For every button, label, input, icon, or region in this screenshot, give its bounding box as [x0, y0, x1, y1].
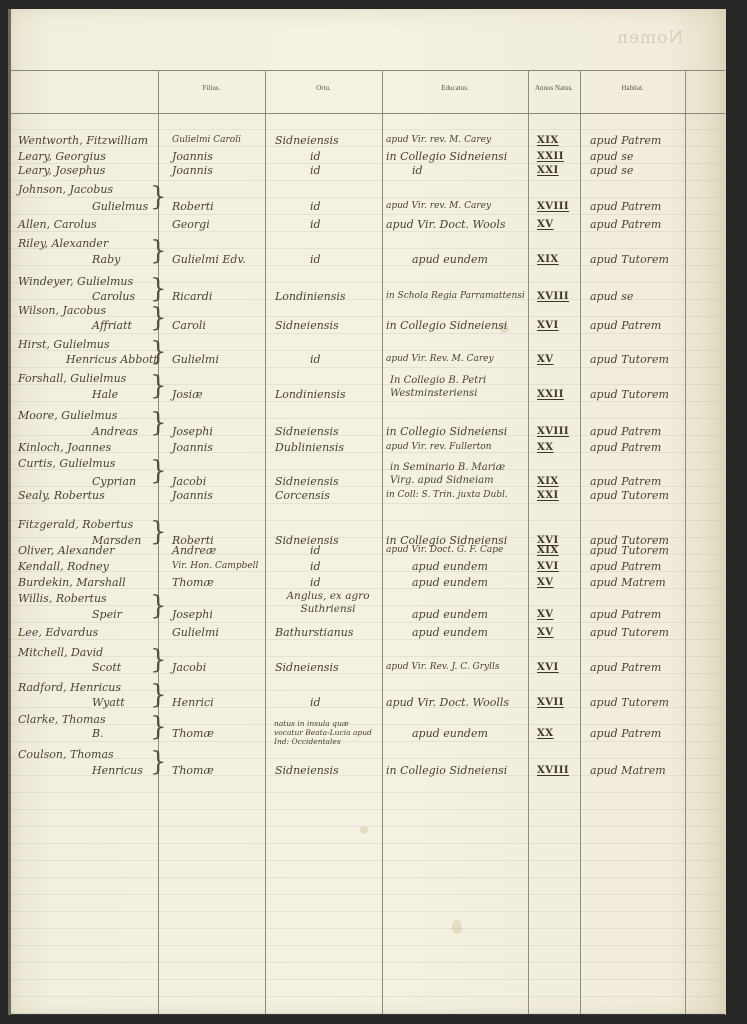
filius-cell: Joannis	[172, 489, 213, 502]
header-educatus: Educatus.	[382, 84, 528, 92]
student-additional-name: Henricus Abbott	[66, 353, 158, 366]
annos-natus-cell: XV	[537, 576, 554, 589]
name-brace: }	[150, 183, 167, 211]
filius-cell: Thomæ	[172, 727, 214, 740]
habitat-cell: apud Tutorem	[590, 626, 669, 639]
column-divider-annos-habitat	[580, 70, 581, 1014]
student-surname-forename: Kinloch, Joannes	[18, 441, 111, 454]
student-additional-name: Andreas	[92, 425, 138, 438]
habitat-cell: apud Patrem	[590, 425, 661, 438]
ortu-cell: Londiniensis	[275, 388, 346, 401]
student-surname-forename: Burdekin, Marshall	[18, 576, 126, 589]
student-additional-name: Raby	[92, 253, 120, 266]
habitat-cell: apud Matrem	[590, 576, 666, 589]
name-brace: }	[150, 275, 167, 303]
ortu-cell: Sidneiensis	[275, 425, 339, 438]
ortu-cell: id	[310, 150, 321, 163]
filius-cell: Jacobi	[172, 661, 206, 674]
filius-cell: Gulielmi	[172, 353, 219, 366]
filius-cell: Henrici	[172, 696, 214, 709]
annos-natus-cell: XXII	[537, 150, 564, 163]
filius-cell: Ricardi	[172, 290, 212, 303]
educatus-cell: in Collegio Sidneiensi	[386, 150, 507, 163]
name-brace: }	[150, 338, 167, 366]
student-additional-name: Affriatt	[92, 319, 132, 332]
annos-natus-cell: XVIII	[537, 200, 569, 213]
filius-cell: Gulielmi Edv.	[172, 253, 246, 266]
ortu-cell: id	[310, 200, 321, 213]
educatus-cell: apud Vir. Doct. Woolls	[386, 696, 509, 709]
educatus-cell: apud eundem	[412, 626, 488, 639]
educatus-cell: apud eundem	[412, 608, 488, 621]
educatus-cell: apud eundem	[412, 560, 488, 573]
student-surname-forename: Coulson, Thomas	[18, 748, 114, 761]
filius-cell: Josiæ	[172, 388, 203, 401]
annos-natus-cell: XXI	[537, 489, 559, 502]
ortu-cell: Londiniensis	[275, 290, 346, 303]
ortu-cell: id	[310, 544, 321, 557]
annos-natus-cell: XVI	[537, 560, 559, 573]
column-divider-educatus-annos	[528, 70, 529, 1014]
filius-cell: Josephi	[172, 425, 213, 438]
annos-natus-cell: XV	[537, 218, 554, 231]
student-surname-forename: Leary, Georgius	[18, 150, 106, 163]
name-brace: }	[150, 372, 167, 400]
filius-cell: Joannis	[172, 150, 213, 163]
educatus-cell: in Collegio Sidneiensi	[386, 425, 507, 438]
student-additional-name: Henricus	[92, 764, 143, 777]
filius-cell: Gulielmi	[172, 626, 219, 639]
annos-natus-cell: XV	[537, 353, 554, 366]
filius-cell: Joannis	[172, 441, 213, 454]
student-surname-forename: Kendall, Rodney	[18, 560, 109, 573]
ortu-cell: Sidneiensis	[275, 661, 339, 674]
ortu-cell: id	[310, 696, 321, 709]
name-brace: }	[150, 592, 167, 620]
habitat-cell: apud Patrem	[590, 661, 661, 674]
educatus-cell: apud Vir. Doct. Wools	[386, 218, 506, 231]
ortu-cell: id	[310, 218, 321, 231]
habitat-cell: apud se	[590, 164, 633, 177]
student-additional-name: Carolus	[92, 290, 135, 303]
student-surname-forename: Forshall, Gulielmus	[18, 372, 126, 385]
student-additional-name: Gulielmus	[92, 200, 148, 213]
student-additional-name: Hale	[92, 388, 118, 401]
educatus-cell: apud Vir. rev. M. Carey	[386, 200, 491, 213]
student-surname-forename: Sealy, Robertus	[18, 489, 105, 502]
habitat-cell: apud Patrem	[590, 134, 661, 147]
paper-stain	[452, 920, 462, 934]
header-ortu: Ortu.	[265, 84, 382, 92]
header-filius: Filius.	[158, 84, 265, 92]
annos-natus-cell: XIX	[537, 475, 559, 488]
student-additional-name: Cyprian	[92, 475, 136, 488]
column-divider-ortu-educatus	[382, 70, 383, 1014]
name-brace: }	[150, 713, 167, 741]
habitat-cell: apud Patrem	[590, 441, 661, 454]
annos-natus-cell: XVI	[537, 661, 559, 674]
habitat-cell: apud Tutorem	[590, 489, 669, 502]
header-annos-natus: Annos Natus.	[528, 84, 580, 92]
ortu-cell: Sidneiensis	[275, 475, 339, 488]
habitat-cell: apud Patrem	[590, 560, 661, 573]
habitat-cell: apud Patrem	[590, 319, 661, 332]
student-surname-forename: Hirst, Gulielmus	[18, 338, 110, 351]
paper-stain	[360, 826, 368, 834]
header-habitat: Habitat.	[580, 84, 685, 92]
filius-cell: Vir. Hon. Campbell	[172, 560, 258, 573]
name-brace: }	[150, 681, 167, 709]
annos-natus-cell: XVIII	[537, 290, 569, 303]
student-surname-forename: Wilson, Jacobus	[18, 304, 106, 317]
filius-cell: Joannis	[172, 164, 213, 177]
column-divider-habitat-margin	[685, 70, 686, 1014]
ortu-cell: id	[310, 253, 321, 266]
educatus-cell: apud Vir. rev. M. Carey	[386, 134, 491, 147]
student-surname-forename: Mitchell, David	[18, 646, 103, 659]
annos-natus-cell: XVIII	[537, 764, 569, 777]
ortu-cell: natus in insula quæ vocatur Beata-Lucia …	[274, 719, 378, 746]
filius-cell: Caroli	[172, 319, 206, 332]
educatus-cell: in Coll: S. Trin. juxta Dubl.	[386, 489, 508, 502]
educatus-cell: apud eundem	[412, 576, 488, 589]
habitat-cell: apud Patrem	[590, 218, 661, 231]
column-divider-filius-ortu	[265, 70, 266, 1014]
educatus-cell: apud Vir. Rev. J. C. Grylls	[386, 661, 500, 674]
habitat-cell: apud Tutorem	[590, 696, 669, 709]
ortu-cell: Sidneiensis	[275, 534, 339, 547]
ortu-cell: Anglus, ex agro Suthriensi	[276, 590, 380, 616]
educatus-cell: In Collegio B. Petri Westminsteriensi	[390, 374, 522, 400]
filius-cell: Andreæ	[172, 544, 216, 557]
filius-cell: Josephi	[172, 608, 213, 621]
filius-cell: Jacobi	[172, 475, 206, 488]
ortu-cell: id	[310, 576, 321, 589]
habitat-cell: apud Tutorem	[590, 353, 669, 366]
educatus-cell: apud eundem	[412, 727, 488, 740]
student-surname-forename: Curtis, Gulielmus	[18, 457, 115, 470]
annos-natus-cell: XIX	[537, 253, 559, 266]
filius-cell: Thomæ	[172, 576, 214, 589]
annos-natus-cell: XIX	[537, 134, 559, 147]
habitat-cell: apud Tutorem	[590, 544, 669, 557]
student-surname-forename: Fitzgerald, Robertus	[18, 518, 133, 531]
annos-natus-cell: XV	[537, 626, 554, 639]
name-brace: }	[150, 409, 167, 437]
student-additional-name: B.	[92, 727, 104, 740]
habitat-cell: apud Tutorem	[590, 253, 669, 266]
educatus-cell: in Collegio Sidneiensi	[386, 319, 507, 332]
educatus-cell: in Collegio Sidneiensi	[386, 764, 507, 777]
student-surname-forename: Leary, Josephus	[18, 164, 105, 177]
student-surname-forename: Allen, Carolus	[18, 218, 97, 231]
student-surname-forename: Lee, Edvardus	[18, 626, 98, 639]
header-bottom-rule	[11, 113, 725, 114]
educatus-cell: apud eundem	[412, 253, 488, 266]
ortu-cell: Corcensis	[275, 489, 330, 502]
ortu-cell: id	[310, 353, 321, 366]
student-surname-forename: Oliver, Alexander	[18, 544, 114, 557]
ortu-cell: id	[310, 560, 321, 573]
student-additional-name: Wyatt	[92, 696, 125, 709]
annos-natus-cell: XXI	[537, 164, 559, 177]
ortu-cell: Bathurstianus	[275, 626, 353, 639]
ortu-cell: Sidneiensis	[275, 134, 339, 147]
educatus-cell: apud Vir. Rev. M. Carey	[386, 353, 494, 366]
annos-natus-cell: XX	[537, 441, 554, 454]
name-brace: }	[150, 237, 167, 265]
annos-natus-cell: XIX	[537, 544, 559, 557]
name-brace: }	[150, 748, 167, 776]
habitat-cell: apud Patrem	[590, 200, 661, 213]
filius-cell: Georgi	[172, 218, 210, 231]
student-surname-forename: Willis, Robertus	[18, 592, 107, 605]
student-surname-forename: Johnson, Jacobus	[18, 183, 113, 196]
ortu-cell: id	[310, 164, 321, 177]
habitat-cell: apud Patrem	[590, 608, 661, 621]
educatus-cell: in Seminario B. Mariæ Virg. apud Sidneia…	[390, 461, 522, 487]
annos-natus-cell: XVIII	[537, 425, 569, 438]
filius-cell: Thomæ	[172, 764, 214, 777]
student-surname-forename: Riley, Alexander	[18, 237, 108, 250]
name-brace: }	[150, 304, 167, 332]
page-bottom-edge	[11, 1014, 725, 1015]
bleed-through-text: Nomen	[616, 28, 683, 48]
ortu-cell: Sidneiensis	[275, 764, 339, 777]
ortu-cell: Sidneiensis	[275, 319, 339, 332]
annos-natus-cell: XXII	[537, 388, 564, 401]
name-brace: }	[150, 457, 167, 485]
annos-natus-cell: XVII	[537, 696, 564, 709]
name-brace: }	[150, 518, 167, 546]
annos-natus-cell: XV	[537, 608, 554, 621]
habitat-cell: apud Patrem	[590, 727, 661, 740]
annos-natus-cell: XVI	[537, 319, 559, 332]
educatus-cell: apud Vir. rev. Fullerton	[386, 441, 491, 454]
habitat-cell: apud Tutorem	[590, 388, 669, 401]
habitat-cell: apud se	[590, 290, 633, 303]
educatus-cell: apud Vir. Doct. G. F. Cape	[386, 544, 503, 557]
filius-cell: Gulielmi Caroli	[172, 134, 241, 147]
student-additional-name: Scott	[92, 661, 121, 674]
header-top-rule	[11, 70, 725, 71]
student-surname-forename: Radford, Henricus	[18, 681, 121, 694]
educatus-cell: id	[412, 164, 423, 177]
name-brace: }	[150, 646, 167, 674]
student-surname-forename: Windeyer, Gulielmus	[18, 275, 133, 288]
ortu-cell: Dubliniensis	[275, 441, 344, 454]
habitat-cell: apud Patrem	[590, 475, 661, 488]
student-surname-forename: Clarke, Thomas	[18, 713, 106, 726]
habitat-cell: apud se	[590, 150, 633, 163]
student-surname-forename: Moore, Gulielmus	[18, 409, 117, 422]
filius-cell: Roberti	[172, 200, 214, 213]
student-surname-forename: Wentworth, Fitzwilliam	[18, 134, 148, 147]
annos-natus-cell: XX	[537, 727, 554, 740]
educatus-cell: in Schola Regia Parramattensi	[386, 290, 525, 303]
student-additional-name: Speir	[92, 608, 122, 621]
habitat-cell: apud Matrem	[590, 764, 666, 777]
